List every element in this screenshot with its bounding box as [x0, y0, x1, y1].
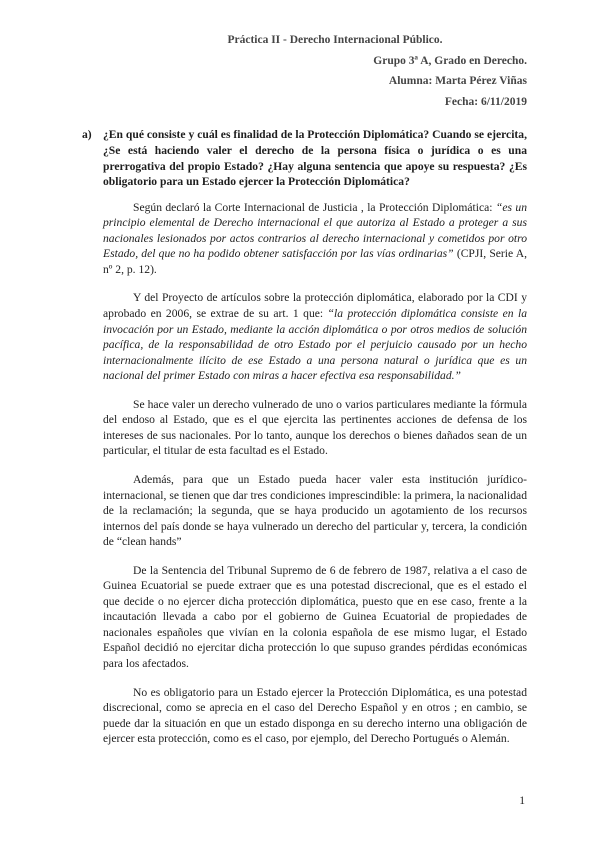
body-paragraph: Además, para que un Estado pueda hacer v… — [103, 472, 527, 550]
paragraph-text: Además, para que un Estado pueda hacer v… — [103, 473, 527, 548]
page-number: 1 — [519, 794, 525, 807]
header-title: Práctica II - Derecho Internacional Públ… — [103, 30, 527, 51]
document-page: Práctica II - Derecho Internacional Públ… — [0, 0, 600, 848]
document-header: Práctica II - Derecho Internacional Públ… — [103, 30, 527, 112]
question-marker: a) — [82, 127, 103, 189]
paragraph-text: De la Sentencia del Tribunal Supremo de … — [103, 564, 527, 670]
body-paragraph: De la Sentencia del Tribunal Supremo de … — [103, 563, 527, 672]
body-paragraph: Según declaró la Corte Internacional de … — [103, 200, 527, 278]
document-footer: 1 — [519, 793, 525, 808]
paragraph-text: No es obligatorio para un Estado ejercer… — [103, 686, 527, 746]
paragraph-text: Según declaró la Corte Internacional de … — [133, 201, 496, 214]
question-a: a) ¿En qué consiste y cuál es finalidad … — [103, 127, 527, 189]
header-student: Alumna: Marta Pérez Viñas — [103, 71, 527, 92]
document-body: Según declaró la Corte Internacional de … — [103, 200, 527, 747]
body-paragraph: Y del Proyecto de artículos sobre la pro… — [103, 290, 527, 383]
body-paragraph: Se hace valer un derecho vulnerado de un… — [103, 397, 527, 459]
header-group: Grupo 3ª A, Grado en Derecho. — [103, 51, 527, 72]
body-paragraph: No es obligatorio para un Estado ejercer… — [103, 685, 527, 747]
question-text: ¿En qué consiste y cuál es finalidad de … — [103, 127, 527, 189]
paragraph-text: Se hace valer un derecho vulnerado de un… — [103, 398, 527, 458]
header-date: Fecha: 6/11/2019 — [103, 92, 527, 113]
